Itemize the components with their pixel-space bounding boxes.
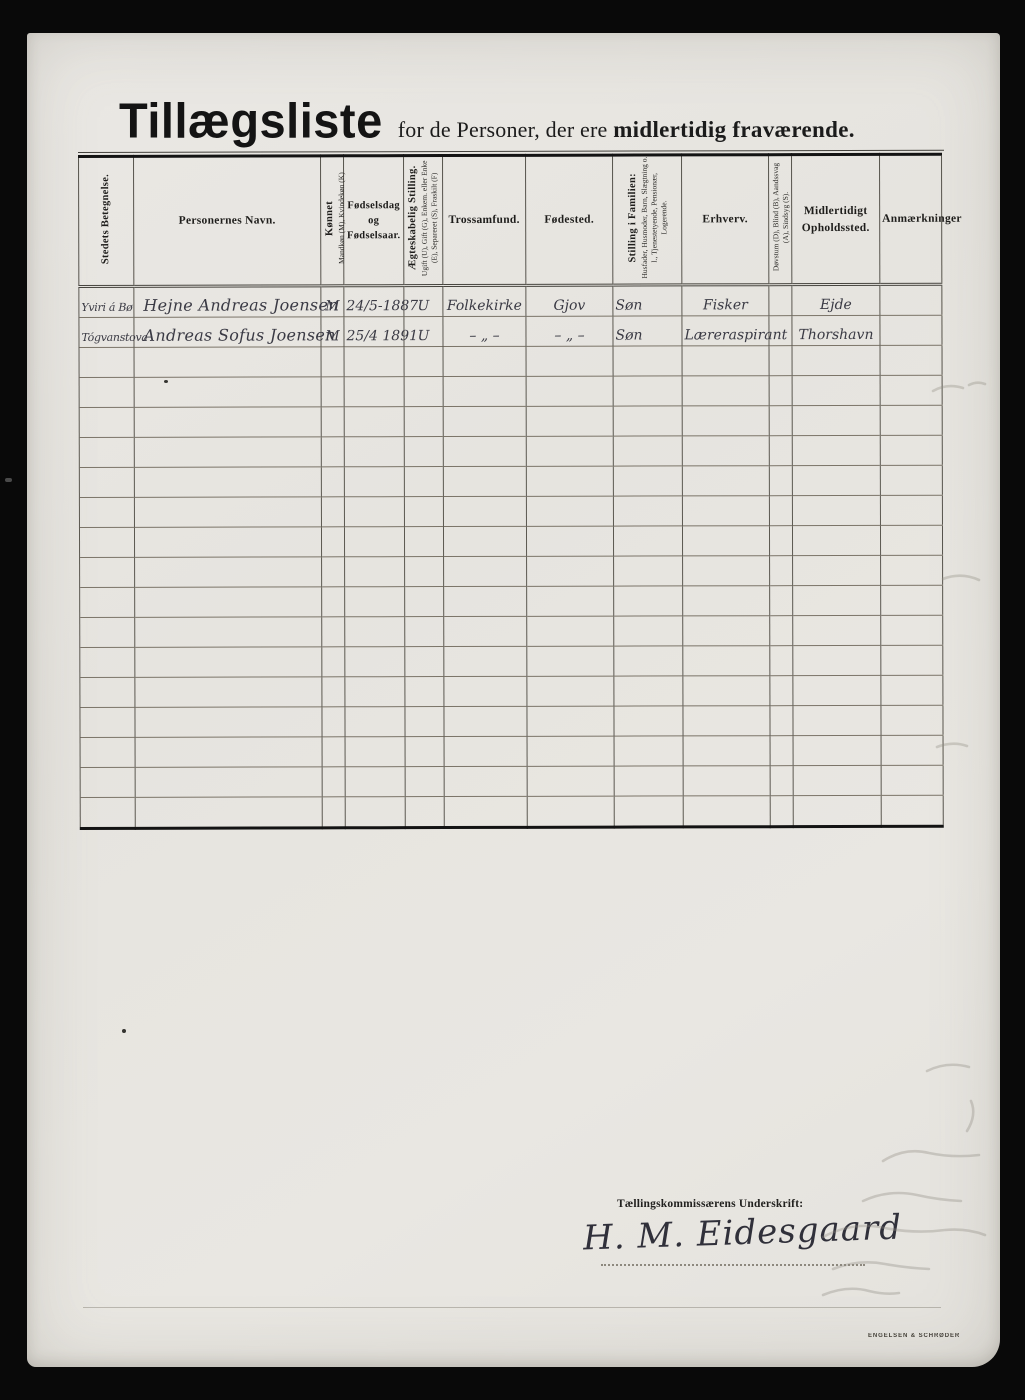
table-header: Stedets Betegnelse. Personernes Navn. Kø… <box>79 154 942 286</box>
empty-cell <box>880 525 942 555</box>
col-header-sex: KønnetMandkøn (M), Kvindekøn (K) <box>321 156 344 286</box>
empty-cell <box>443 466 526 496</box>
col-header-marital-label: Ægteskabelig Stilling. <box>406 157 420 279</box>
col-header-family-label: Stilling i Familien: <box>626 157 640 279</box>
empty-cell <box>880 375 942 405</box>
empty-cell <box>404 407 443 437</box>
empty-cell <box>134 407 321 437</box>
empty-cell <box>792 525 880 555</box>
empty-cell <box>344 527 404 557</box>
empty-cell <box>135 677 322 707</box>
empty-cell <box>322 767 345 797</box>
col-header-birthplace-label: Fødested. <box>528 212 610 229</box>
empty-cell <box>444 616 527 646</box>
title-main: Tillægsliste <box>119 92 383 149</box>
empty-cell <box>881 735 943 765</box>
empty-cell <box>134 437 321 467</box>
empty-cell <box>614 676 683 706</box>
cell-occupation: Fisker <box>682 285 769 316</box>
col-header-birthplace: Fødested. <box>526 155 613 285</box>
cell-birthdate: 24/5-1887 <box>344 286 404 317</box>
empty-cell <box>405 767 444 797</box>
cell-name: Hejne Andreas Joensen <box>134 286 321 317</box>
empty-cell <box>683 646 770 676</box>
empty-cell <box>792 495 880 525</box>
col-header-remarks: Anmærkninger <box>880 154 942 284</box>
table-row-empty <box>79 495 942 527</box>
empty-cell <box>881 795 943 826</box>
empty-cell <box>344 377 404 407</box>
empty-cell <box>770 586 793 616</box>
empty-cell <box>526 526 613 556</box>
empty-cell <box>404 377 443 407</box>
empty-cell <box>614 796 683 827</box>
empty-cell <box>793 585 881 615</box>
signature-line <box>601 1264 865 1266</box>
empty-cell <box>527 736 614 766</box>
empty-cell <box>444 586 527 616</box>
empty-cell <box>880 465 942 495</box>
table-row-person: Tógvanstova Andreas Sofus Joensen M 25/4… <box>79 315 942 347</box>
empty-cell <box>404 467 443 497</box>
empty-cell <box>135 647 322 677</box>
cell-religion: Folkekirke <box>443 285 526 316</box>
empty-cell <box>526 496 613 526</box>
empty-cell <box>321 407 344 437</box>
empty-cell <box>322 557 345 587</box>
empty-cell <box>405 647 444 677</box>
empty-cell <box>345 677 405 707</box>
empty-cell <box>344 437 404 467</box>
col-header-place: Stedets Betegnelse. <box>79 156 134 286</box>
empty-cell <box>443 526 526 556</box>
table-row-empty <box>80 585 943 617</box>
col-header-abode: Midlertidigt Opholdssted. <box>792 154 880 284</box>
empty-cell <box>769 406 792 436</box>
empty-cell <box>527 646 614 676</box>
empty-cell <box>444 556 527 586</box>
empty-cell <box>80 557 135 587</box>
empty-cell <box>683 676 770 706</box>
cell-family: Søn <box>613 285 682 316</box>
table-row-empty <box>80 675 943 707</box>
empty-cell <box>80 797 135 828</box>
empty-cell <box>444 766 527 796</box>
empty-cell <box>683 796 770 827</box>
empty-cell <box>79 377 134 407</box>
empty-cell <box>345 587 405 617</box>
empty-cell <box>682 346 769 376</box>
empty-cell <box>443 346 526 376</box>
title-subtitle: for de Personer, der ere midlertidig fra… <box>398 117 855 143</box>
empty-cell <box>792 345 880 375</box>
empty-cell <box>322 587 345 617</box>
empty-cell <box>793 675 881 705</box>
empty-cell <box>79 467 134 497</box>
empty-cell <box>79 527 134 557</box>
table-row-empty <box>80 795 943 828</box>
empty-cell <box>614 616 683 646</box>
empty-cell <box>793 735 881 765</box>
empty-cell <box>443 406 526 436</box>
empty-cell <box>526 466 613 496</box>
empty-cell <box>682 406 769 436</box>
col-header-birthdate: Fødselsdag og Fødselsaar. <box>344 156 404 286</box>
empty-cell <box>345 767 405 797</box>
empty-cell <box>527 616 614 646</box>
signature-handwriting: H. M. Eidesgaard <box>582 1207 902 1258</box>
col-header-occupation-label: Erhverv. <box>684 211 766 228</box>
empty-cell <box>881 555 943 585</box>
empty-cell <box>683 766 770 796</box>
empty-cell <box>793 555 881 585</box>
empty-cell <box>880 435 942 465</box>
empty-cell <box>345 707 405 737</box>
empty-cell <box>135 617 322 647</box>
table-row-empty <box>80 555 943 587</box>
empty-cell <box>405 707 444 737</box>
table-row-empty <box>80 765 943 797</box>
empty-cell <box>405 617 444 647</box>
empty-cell <box>880 345 942 375</box>
empty-cell <box>321 437 344 467</box>
empty-cell <box>527 586 614 616</box>
empty-cell <box>881 645 943 675</box>
col-header-religion-label: Trossamfund. <box>445 212 523 229</box>
ink-speck <box>122 1029 126 1033</box>
empty-cell <box>80 587 135 617</box>
table-row-empty <box>80 735 943 767</box>
empty-cell <box>443 496 526 526</box>
table-row-empty <box>79 465 942 497</box>
empty-cell <box>444 736 527 766</box>
empty-cell <box>405 587 444 617</box>
cell-place: Yviri á Bø <box>79 286 134 317</box>
empty-cell <box>614 556 683 586</box>
empty-cell <box>613 526 682 556</box>
empty-cell <box>526 346 613 376</box>
col-header-abode-label: Midlertidigt Opholdssted. <box>794 203 877 237</box>
empty-cell <box>527 796 614 827</box>
empty-cell <box>770 766 793 796</box>
col-header-name: Personernes Navn. <box>134 156 321 286</box>
table-row-empty <box>79 375 942 407</box>
empty-cell <box>793 615 881 645</box>
cell-abode: Ejde <box>792 284 880 315</box>
empty-cell <box>769 346 792 376</box>
empty-cell <box>793 795 881 826</box>
empty-cell <box>321 497 344 527</box>
table-row-empty <box>80 705 943 737</box>
table-row-person: Yviri á Bø Hejne Andreas Joensen M 24/5-… <box>79 284 942 317</box>
paper-fold-line <box>83 1307 941 1308</box>
empty-cell <box>682 526 769 556</box>
empty-cell <box>344 467 404 497</box>
empty-cell <box>322 797 345 828</box>
empty-cell <box>769 436 792 466</box>
empty-cell <box>321 527 344 557</box>
title-subtitle-bold: midlertidig fraværende. <box>613 117 855 142</box>
empty-cell <box>682 376 769 406</box>
empty-cell <box>444 646 527 676</box>
empty-cell <box>793 765 881 795</box>
empty-cell <box>80 767 135 797</box>
cell-birthdate: 25/4 1891 <box>344 317 404 347</box>
empty-cell <box>770 796 793 827</box>
cell-sex: M <box>321 317 344 347</box>
empty-cell <box>405 557 444 587</box>
cell-religion: – „ – <box>443 316 526 346</box>
empty-cell <box>770 616 793 646</box>
empty-cell <box>613 376 682 406</box>
empty-cell <box>527 766 614 796</box>
cell-abode: Thorshavn <box>792 315 880 345</box>
empty-cell <box>135 767 322 797</box>
empty-cell <box>683 586 770 616</box>
empty-cell <box>881 765 943 795</box>
col-header-remarks-label: Anmærkninger <box>882 211 939 228</box>
table-row-empty <box>79 525 942 557</box>
cell-sex: M <box>321 286 344 317</box>
empty-cell <box>881 585 943 615</box>
empty-cell <box>134 467 321 497</box>
col-header-marital: Ægteskabelig Stilling.Ugift (U), Gift (G… <box>404 156 443 286</box>
empty-cell <box>345 557 405 587</box>
empty-cell <box>79 347 134 377</box>
empty-cell <box>322 707 345 737</box>
empty-cell <box>614 766 683 796</box>
col-header-name-label: Personernes Navn. <box>136 213 318 230</box>
empty-cell <box>769 466 792 496</box>
cell-name: Andreas Sofus Joensen <box>134 317 321 347</box>
col-header-sex-sublabel: Mandkøn (M), Kvindekøn (K) <box>337 172 347 264</box>
empty-cell <box>792 465 880 495</box>
empty-cell <box>613 496 682 526</box>
scanned-page: Tillægsliste for de Personer, der ere mi… <box>27 33 1000 1367</box>
scan-canvas: { "document": { "title": "Tillægsliste",… <box>0 0 1025 1400</box>
absence-list-table: Stedets Betegnelse. Personernes Navn. Kø… <box>78 153 944 830</box>
empty-cell <box>770 676 793 706</box>
empty-cell <box>345 647 405 677</box>
empty-cell <box>792 405 880 435</box>
empty-cell <box>614 706 683 736</box>
empty-cell <box>527 556 614 586</box>
table-row-empty <box>79 345 942 377</box>
empty-cell <box>613 436 682 466</box>
cell-remarks <box>880 315 942 345</box>
empty-cell <box>683 706 770 736</box>
empty-cell <box>792 435 880 465</box>
empty-cell <box>321 467 344 497</box>
empty-cell <box>322 647 345 677</box>
empty-cell <box>321 377 344 407</box>
empty-cell <box>79 437 134 467</box>
ink-speck <box>164 380 168 383</box>
empty-cell <box>134 497 321 527</box>
empty-cell <box>682 496 769 526</box>
empty-cell <box>614 646 683 676</box>
empty-cell <box>80 617 135 647</box>
empty-cell <box>682 466 769 496</box>
col-header-place-label: Stedets Betegnelse. <box>99 174 113 264</box>
empty-cell <box>769 376 792 406</box>
table-row-empty <box>79 405 942 437</box>
signature-label: Tællingskommissærens Underskrift: <box>617 1198 803 1210</box>
empty-cell <box>613 346 682 376</box>
scanner-edge-smudge <box>5 478 12 482</box>
empty-cell <box>404 347 443 377</box>
empty-cell <box>322 677 345 707</box>
empty-cell <box>526 436 613 466</box>
empty-cell <box>344 497 404 527</box>
empty-cell <box>880 405 942 435</box>
empty-cell <box>345 797 405 828</box>
empty-cell <box>880 495 942 525</box>
empty-cell <box>793 705 881 735</box>
col-header-disability-label: Døvstum (D), Blind (B), Aandssvag (A), S… <box>771 156 791 278</box>
col-header-family-sublabel: Husfader, Husmoder, Barn, Slægtning o. l… <box>639 156 669 278</box>
empty-cell <box>881 615 943 645</box>
empty-cell <box>444 796 527 827</box>
empty-cell <box>134 347 321 377</box>
document-title: Tillægsliste for de Personer, der ere mi… <box>119 93 855 148</box>
empty-cell <box>404 527 443 557</box>
empty-cell <box>683 556 770 586</box>
cell-family: Søn <box>613 316 682 346</box>
empty-cell <box>80 737 135 767</box>
col-header-religion: Trossamfund. <box>443 155 526 285</box>
empty-cell <box>443 376 526 406</box>
empty-cell <box>443 436 526 466</box>
empty-cell <box>322 737 345 767</box>
empty-cell <box>404 497 443 527</box>
cell-birthplace: Gjov <box>526 285 613 316</box>
empty-cell <box>792 375 880 405</box>
cell-remarks <box>880 284 942 315</box>
empty-cell <box>321 347 344 377</box>
cell-birthplace: – „ – <box>526 316 613 346</box>
empty-cell <box>527 676 614 706</box>
empty-cell <box>770 706 793 736</box>
col-header-occupation: Erhverv. <box>682 155 769 285</box>
empty-cell <box>769 496 792 526</box>
empty-cell <box>79 407 134 437</box>
empty-cell <box>344 407 404 437</box>
empty-cell <box>345 737 405 767</box>
table-body: Yviri á Bø Hejne Andreas Joensen M 24/5-… <box>79 284 943 828</box>
empty-cell <box>404 437 443 467</box>
empty-cell <box>80 677 135 707</box>
table-row-empty <box>80 615 943 647</box>
empty-cell <box>614 736 683 766</box>
table-row-empty <box>79 435 942 467</box>
empty-cell <box>770 736 793 766</box>
empty-cell <box>135 797 322 828</box>
empty-cell <box>526 406 613 436</box>
empty-cell <box>613 406 682 436</box>
cell-place: Tógvanstova <box>79 317 134 347</box>
empty-cell <box>683 616 770 646</box>
empty-cell <box>405 737 444 767</box>
empty-cell <box>526 376 613 406</box>
cell-disability <box>769 285 792 316</box>
title-subtitle-plain: for de Personer, der ere <box>398 117 608 142</box>
table-row-empty <box>80 645 943 677</box>
empty-cell <box>770 646 793 676</box>
col-header-birthdate-label: Fødselsdag og Fødselsaar. <box>346 198 401 244</box>
empty-cell <box>135 557 322 587</box>
col-header-family: Stilling i Familien:Husfader, Husmoder, … <box>613 155 682 285</box>
empty-cell <box>134 527 321 557</box>
empty-cell <box>80 707 135 737</box>
cell-occupation: Læreraspirant <box>682 316 769 346</box>
empty-cell <box>134 377 321 407</box>
col-header-sex-label: Kønnet <box>323 172 337 264</box>
census-table-wrap: Stedets Betegnelse. Personernes Navn. Kø… <box>78 150 946 830</box>
empty-cell <box>682 436 769 466</box>
header-row: Stedets Betegnelse. Personernes Navn. Kø… <box>79 154 942 286</box>
empty-cell <box>80 647 135 677</box>
empty-cell <box>793 645 881 675</box>
empty-cell <box>344 347 404 377</box>
col-header-disability: Døvstum (D), Blind (B), Aandssvag (A), S… <box>769 155 792 285</box>
empty-cell <box>444 676 527 706</box>
empty-cell <box>613 466 682 496</box>
empty-cell <box>405 677 444 707</box>
printer-mark: ENGELSEN & SCHRØDER <box>868 1333 960 1339</box>
empty-cell <box>79 497 134 527</box>
empty-cell <box>770 556 793 586</box>
empty-cell <box>881 675 943 705</box>
empty-cell <box>527 706 614 736</box>
empty-cell <box>769 526 792 556</box>
empty-cell <box>322 617 345 647</box>
empty-cell <box>135 737 322 767</box>
empty-cell <box>135 707 322 737</box>
empty-cell <box>444 706 527 736</box>
empty-cell <box>345 617 405 647</box>
empty-cell <box>881 705 943 735</box>
empty-cell <box>135 587 322 617</box>
empty-cell <box>405 797 444 828</box>
col-header-marital-sublabel: Ugift (U), Gift (G), Enkem. eller Enke (… <box>420 157 440 279</box>
empty-cell <box>614 586 683 616</box>
empty-cell <box>683 736 770 766</box>
